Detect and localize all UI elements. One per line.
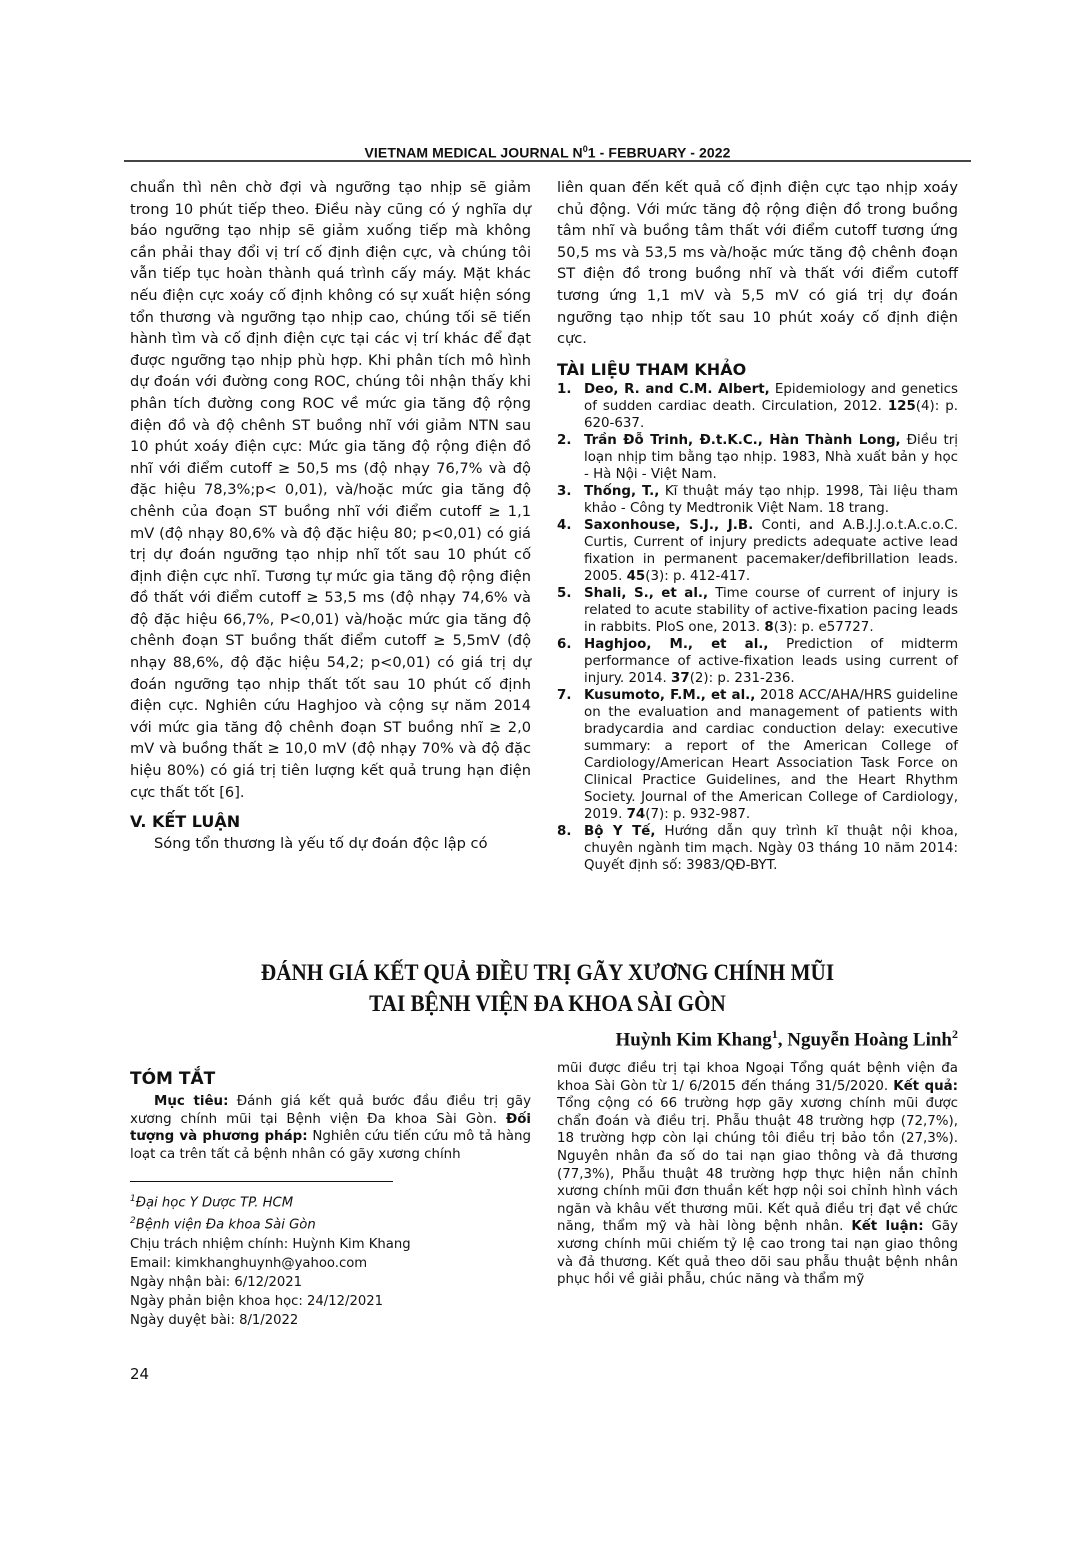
conclusion-label: Kết luận: [851,1219,923,1234]
reference-item: 5.Shali, S., et al., Time course of curr… [557,585,958,636]
reference-pages: (3): p. e57727. [774,620,874,635]
reference-number: 3. [557,483,571,500]
reference-volume: 37 [671,671,690,686]
reference-item: 2.Trần Đỗ Trinh, Đ.t.K.C., Hàn Thành Lon… [557,432,958,483]
author-line: Huỳnh Kim Khang1, Nguyễn Hoàng Linh2 [615,1027,958,1051]
article-title: ĐÁNH GIÁ KẾT QUẢ ĐIỀU TRỊ GÃY XƯƠNG CHÍN… [158,957,937,1019]
reference-item: 7.Kusumoto, F.M., et al., 2018 ACC/AHA/H… [557,687,958,823]
reference-number: 4. [557,517,571,534]
author-2: Nguyễn Hoàng Linh [787,1029,952,1050]
discussion-paragraph: chuẩn thì nên chờ đợi và ngưỡng tạo nhịp… [130,177,531,803]
results-text: Tổng cộng có 66 trường hợp gãy xương chí… [557,1096,958,1234]
article-title-line-2: TAI BỆNH VIỆN ĐA KHOA SÀI GÒN [158,988,937,1019]
reference-item: 1.Deo, R. and C.M. Albert, Epidemiology … [557,381,958,432]
received-date: Ngày nhận bài: 6/12/2021 [130,1273,531,1292]
abstract-paragraph: Mục tiêu: Đánh giá kết quả bước đầu điều… [130,1093,531,1163]
reference-volume: 45 [627,569,646,584]
reference-authors: Haghjoo, M., et al., [584,637,768,652]
journal-page: VIETNAM MEDICAL JOURNAL N01 - FEBRUARY -… [0,0,1090,1541]
accepted-date: Ngày duyệt bài: 8/1/2022 [130,1311,531,1330]
conclusion-text: Sóng tổn thương là yếu tố dự đoán độc lậ… [130,833,531,855]
left-column: chuẩn thì nên chờ đợi và ngưỡng tạo nhịp… [130,177,531,855]
reference-number: 8. [557,823,571,840]
reference-pages: (3): p. 412-417. [645,569,750,584]
footnotes: 1Đại học Y Dược TP. HCM 2Bệnh viện Đa kh… [130,1190,531,1330]
author-2-affiliation: 2 [952,1027,958,1041]
reference-number: 2. [557,432,571,449]
article-title-line-1: ĐÁNH GIÁ KẾT QUẢ ĐIỀU TRỊ GÃY XƯƠNG CHÍN… [158,957,937,988]
reference-authors: Deo, R. and C.M. Albert, [584,382,770,397]
reference-authors: Shali, S., et al., [584,586,708,601]
reference-item: 6.Haghjoo, M., et al., Prediction of mid… [557,636,958,687]
reference-authors: Thống, T., [584,484,659,499]
author-separator: , [778,1029,788,1050]
reference-number: 1. [557,381,571,398]
references-list: 1.Deo, R. and C.M. Albert, Epidemiology … [557,381,958,874]
reference-item: 3.Thống, T., Kĩ thuật máy tạo nhịp. 1998… [557,483,958,517]
reference-number: 5. [557,585,571,602]
conclusion-continued: liên quan đến kết quả cố định điện cực t… [557,177,958,350]
reference-pages: (2): p. 231-236. [690,671,795,686]
reference-authors: Bộ Y Tế, [584,824,655,839]
reference-authors: Trần Đỗ Trinh, Đ.t.K.C., Hàn Thành Long, [584,433,901,448]
journal-name-prefix: VIETNAM MEDICAL JOURNAL N [364,145,582,161]
reference-number: 7. [557,687,571,704]
reference-item: 4.Saxonhouse, S.J., J.B. Conti, and A.B.… [557,517,958,585]
affiliation-2: 2Bệnh viện Đa khoa Sài Gòn [130,1212,531,1234]
author-1: Huỳnh Kim Khang [615,1029,771,1050]
results-label: Kết quả: [893,1079,958,1094]
header-rule [124,160,971,162]
journal-issue-date: 1 - FEBRUARY - 2022 [588,145,731,161]
reference-pages: (7): p. 932-987. [645,807,750,822]
affiliation-1: 1Đại học Y Dược TP. HCM [130,1190,531,1212]
reference-volume: 125 [888,399,916,414]
reference-volume: 8 [764,620,773,635]
footnote-rule [130,1181,393,1182]
affiliation-2-text: Bệnh viện Đa khoa Sài Gòn [136,1218,316,1233]
review-date: Ngày phản biện khoa học: 24/12/2021 [130,1292,531,1311]
abstract-right: mũi được điều trị tại khoa Ngoại Tổng qu… [557,1060,958,1289]
affiliation-1-text: Đại học Y Dược TP. HCM [136,1195,293,1210]
reference-number: 6. [557,636,571,653]
reference-item: 8.Bộ Y Tế, Hướng dẫn quy trình kĩ thuật … [557,823,958,874]
conclusion-heading: V. KẾT LUẬN [130,811,531,833]
right-column: liên quan đến kết quả cố định điện cực t… [557,177,958,874]
reference-body: 2018 ACC/AHA/HRS guideline on the evalua… [584,688,958,822]
corresponding-author: Chịu trách nhiệm chính: Huỳnh Kim Khang [130,1235,531,1254]
reference-authors: Saxonhouse, S.J., J.B. [584,518,753,533]
abstract-paragraph-continued: mũi được điều trị tại khoa Ngoại Tổng qu… [557,1060,958,1289]
corresponding-email: Email: kimkhanghuynh@yahoo.com [130,1254,531,1273]
page-number: 24 [130,1365,149,1383]
reference-authors: Kusumoto, F.M., et al., [584,688,755,703]
reference-volume: 74 [627,807,646,822]
references-heading: TÀI LIỆU THAM KHẢO [557,359,958,381]
abstract-left: TÓM TẮT Mục tiêu: Đánh giá kết quả bước … [130,1067,531,1163]
abstract-heading: TÓM TẮT [130,1067,531,1091]
running-header: VIETNAM MEDICAL JOURNAL N01 - FEBRUARY -… [124,144,971,161]
objective-label: Mục tiêu: [154,1094,228,1109]
